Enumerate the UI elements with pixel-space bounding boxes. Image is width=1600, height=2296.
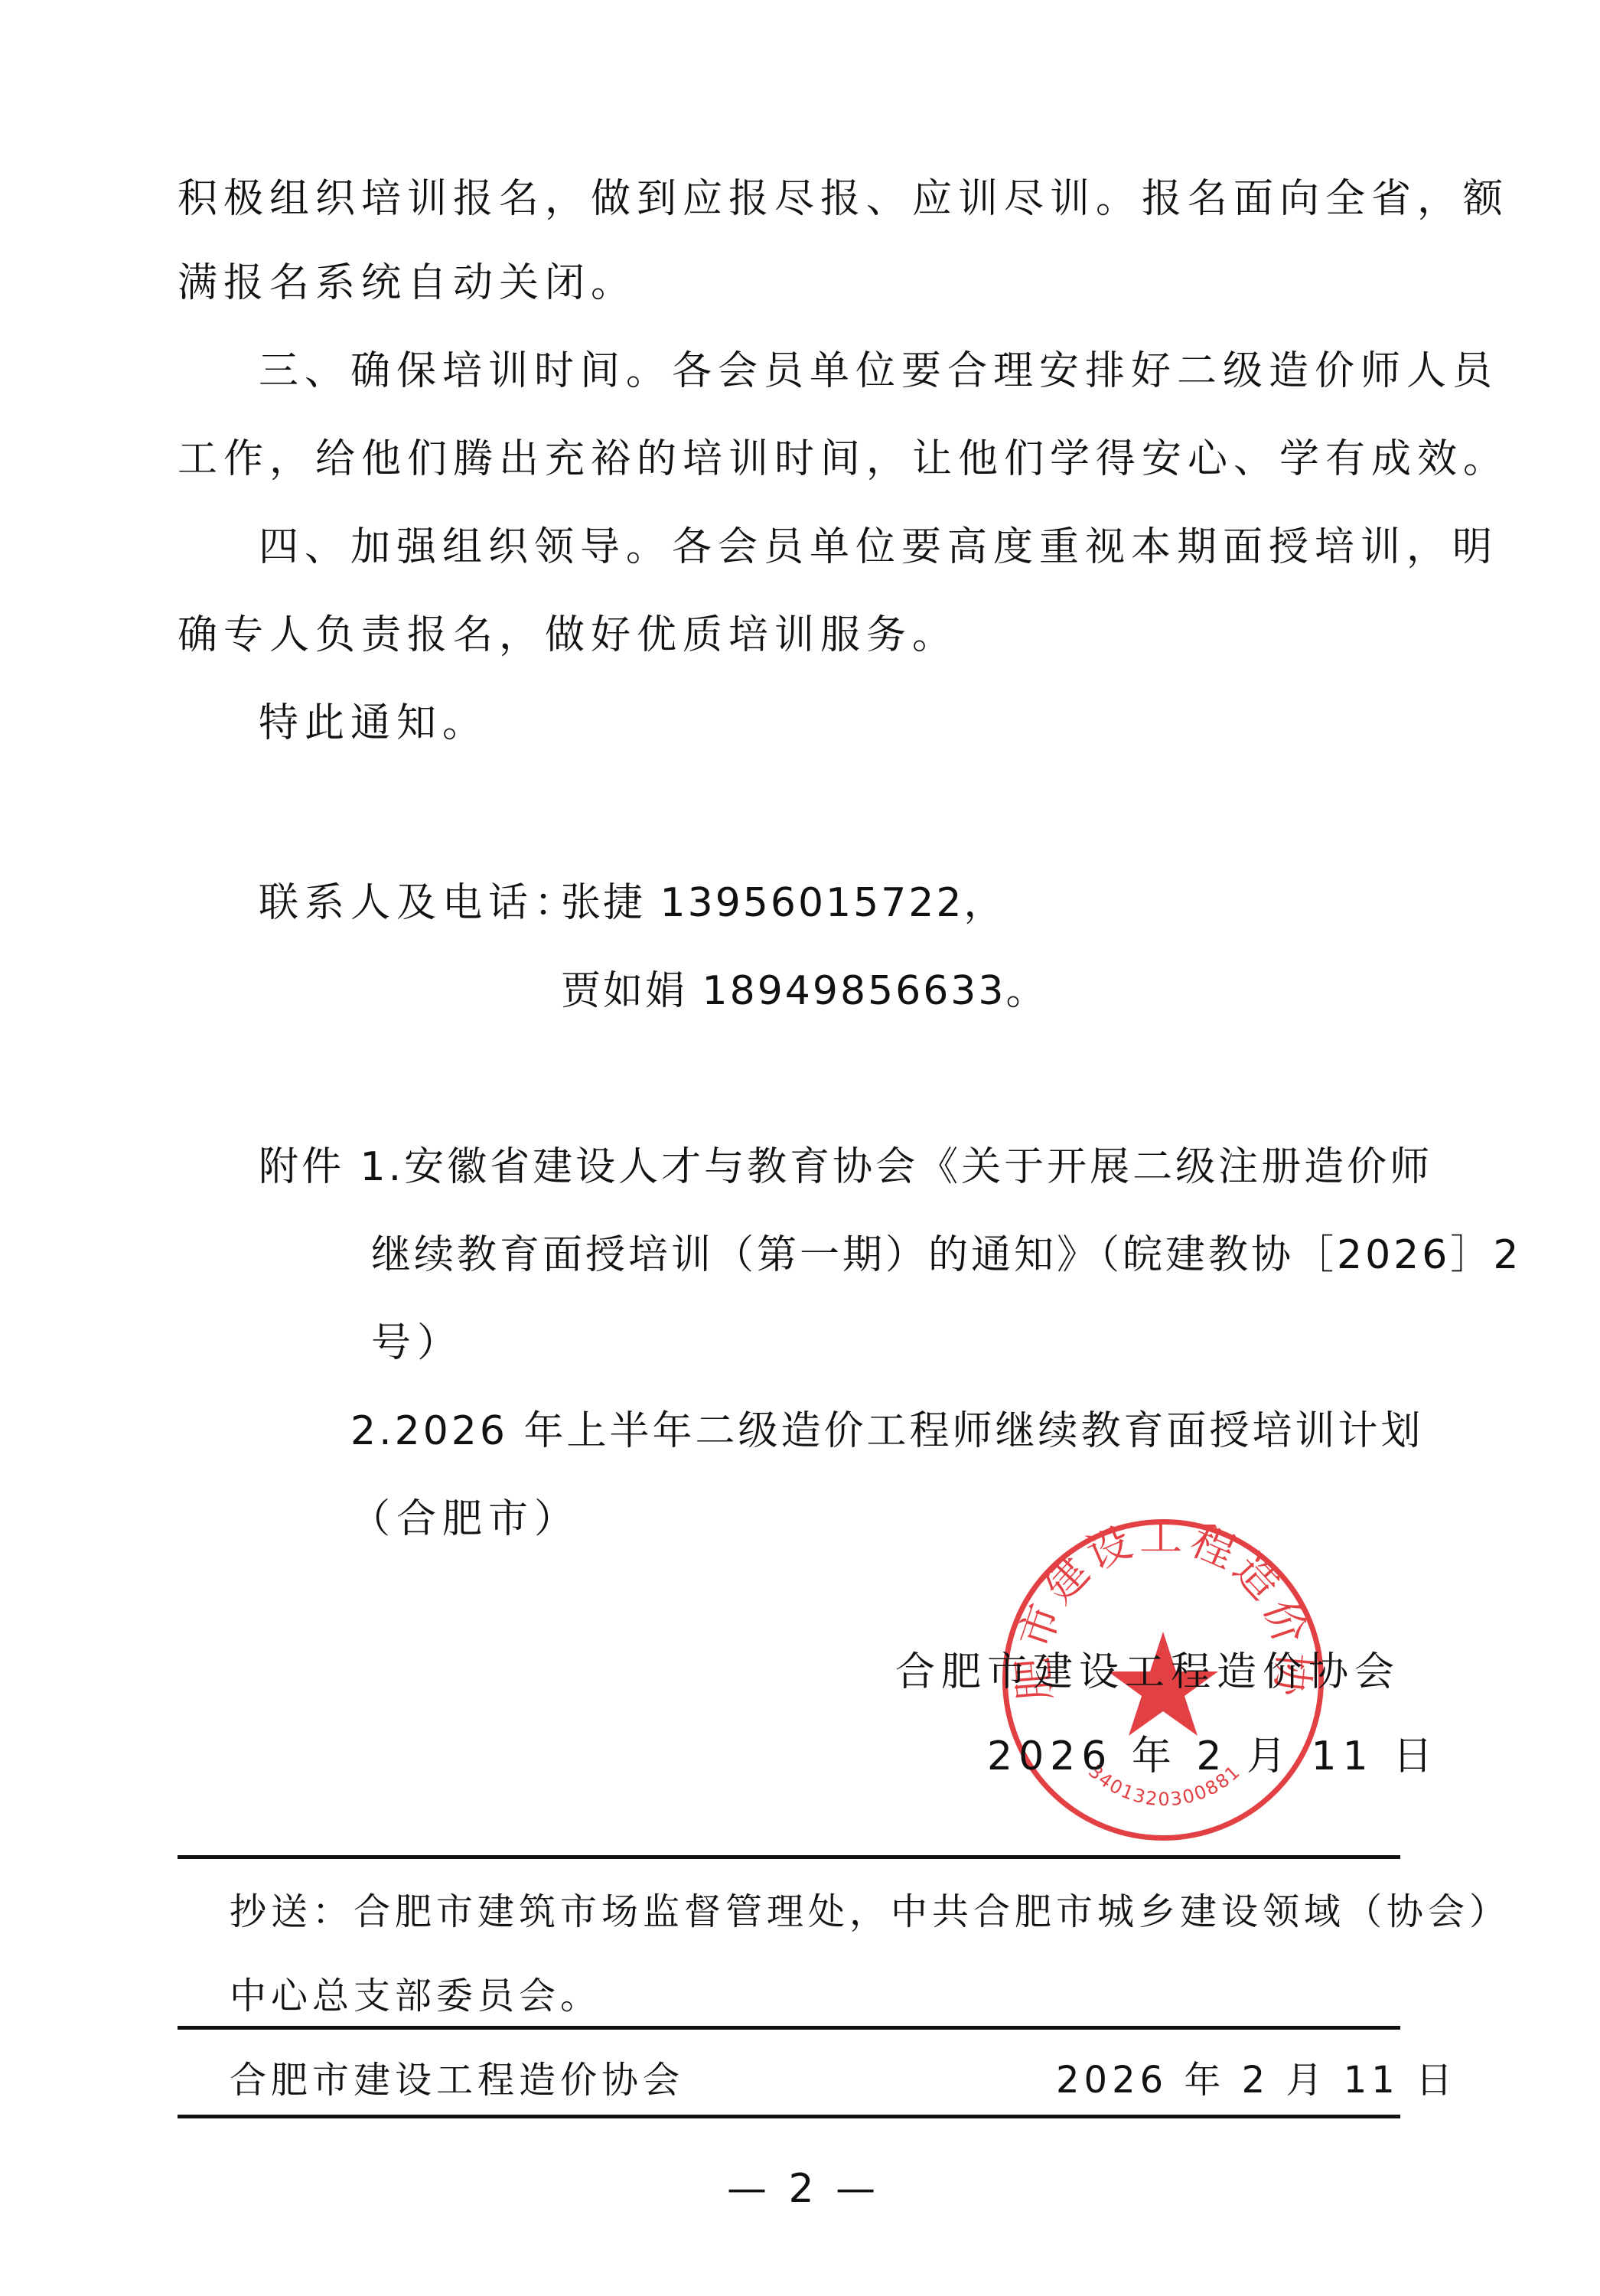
signature-date: 2026 年 2 月 11 日	[987, 1733, 1439, 1779]
cc-line-cont: 中心总支部委员会。	[230, 1975, 601, 2017]
footer-rule-middle	[178, 2026, 1400, 2030]
body-paragraph: 工作，给他们腾出充裕的培训时间，让他们学得安心、学有成效。	[178, 436, 1509, 482]
contact-1: 张捷 13956015722，	[561, 880, 1005, 926]
cc-line: 抄送：合肥市建筑市场监督管理处，中共合肥市城乡建设领域（协会）	[230, 1890, 1510, 1933]
body-paragraph: 三、确保培训时间。各会员单位要合理安排好二级造价师人员	[259, 348, 1498, 394]
footer-issuer: 合肥市建设工程造价协会	[230, 2059, 684, 2102]
attachment-1-cont: 继续教育面授培训（第一期）的通知》（皖建教协［2026］2	[371, 1232, 1521, 1278]
body-paragraph: 积极组织培训报名，做到应报尽报、应训尽训。报名面向全省，额	[178, 176, 1509, 222]
page-number: — 2 —	[727, 2166, 880, 2212]
closing-phrase: 特此通知。	[259, 700, 488, 746]
body-paragraph: 满报名系统自动关闭。	[178, 260, 637, 306]
attachment-2: 2.2026 年上半年二级造价工程师继续教育面授培训计划	[350, 1408, 1423, 1454]
footer-rule-top	[178, 1855, 1400, 1859]
signature-org: 合肥市建设工程造价协会	[895, 1649, 1400, 1695]
footer-rule-bottom	[178, 2115, 1400, 2118]
attachment-1-cont: 号）	[371, 1320, 463, 1366]
contacts-label: 联系人及电话：	[259, 880, 580, 926]
body-paragraph: 确专人负责报名，做好优质培训服务。	[178, 612, 958, 658]
contact-2: 贾如娟 18949856633。	[561, 968, 1048, 1014]
attachment-1: 附件 1.安徽省建设人才与教育协会《关于开展二级注册造价师	[259, 1144, 1432, 1190]
body-paragraph: 四、加强组织领导。各会员单位要高度重视本期面授培训，明	[259, 524, 1498, 570]
attachment-2-cont: （合肥市）	[350, 1496, 580, 1542]
footer-issue-date: 2026 年 2 月 11 日	[1056, 2059, 1457, 2102]
